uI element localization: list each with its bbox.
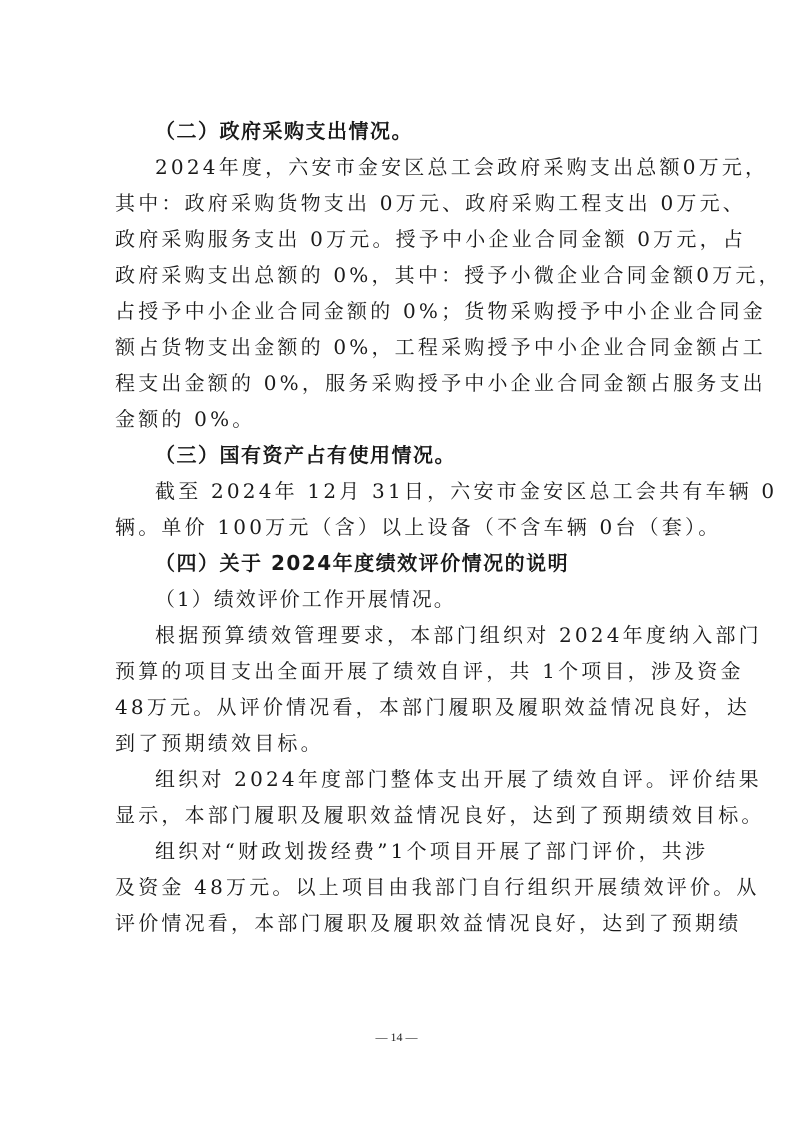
text-line: 辆。单价 100万元（含）以上设备（不含车辆 0台（套）。 <box>115 509 679 545</box>
text-line: 显示，本部门履职及履职效益情况良好，达到了预期绩效目标。 <box>115 797 679 833</box>
text-line: 占授予中小企业合同金额的 0%；货物采购授予中小企业合同金 <box>115 293 679 329</box>
text-line: 额占货物支出金额的 0%，工程采购授予中小企业合同金额占工 <box>115 329 679 365</box>
section-heading-gov-procurement: （二）政府采购支出情况。 <box>115 113 679 149</box>
text-line: 预算的项目支出全面开展了绩效自评，共 1个项目，涉及资金 <box>115 653 679 689</box>
document-page: （二）政府采购支出情况。 2024年度，六安市金安区总工会政府采购支出总额0万元… <box>115 113 679 941</box>
text-line: 2024年度，六安市金安区总工会政府采购支出总额0万元， <box>115 149 679 185</box>
section-heading-state-assets: （三）国有资产占有使用情况。 <box>115 437 679 473</box>
text-line: 截至 2024年 12月 31日，六安市金安区总工会共有车辆 0 <box>115 473 679 509</box>
section-heading-performance-evaluation: （四）关于 2024年度绩效评价情况的说明 <box>115 545 679 581</box>
paragraph-gov-procurement: 2024年度，六安市金安区总工会政府采购支出总额0万元， 其中：政府采购货物支出… <box>115 149 679 437</box>
paragraph-overall-evaluation: 组织对 2024年度部门整体支出开展了绩效自评。评价结果 显示，本部门履职及履职… <box>115 761 679 833</box>
text-line: 根据预算绩效管理要求，本部门组织对 2024年度纳入部门 <box>115 617 679 653</box>
text-line: 政府采购服务支出 0万元。授予中小企业合同金额 0万元，占 <box>115 221 679 257</box>
paragraph-project-evaluation: 根据预算绩效管理要求，本部门组织对 2024年度纳入部门 预算的项目支出全面开展… <box>115 617 679 761</box>
paragraph-department-evaluation: 组织对“财政划拨经费”1个项目开展了部门评价，共涉 及资金 48万元。以上项目由… <box>115 833 679 941</box>
text-line: 程支出金额的 0%，服务采购授予中小企业合同金额占服务支出 <box>115 365 679 401</box>
text-line: 评价情况看，本部门履职及履职效益情况良好，达到了预期绩 <box>115 905 679 941</box>
text-line: 组织对“财政划拨经费”1个项目开展了部门评价，共涉 <box>115 833 679 869</box>
text-line: 政府采购支出总额的 0%，其中：授予小微企业合同金额0万元， <box>115 257 679 293</box>
paragraph-state-assets: 截至 2024年 12月 31日，六安市金安区总工会共有车辆 0 辆。单价 10… <box>115 473 679 545</box>
text-line: 及资金 48万元。以上项目由我部门自行组织开展绩效评价。从 <box>115 869 679 905</box>
text-line: 金额的 0%。 <box>115 401 679 437</box>
text-line: 组织对 2024年度部门整体支出开展了绩效自评。评价结果 <box>115 761 679 797</box>
text-line: 48万元。从评价情况看，本部门履职及履职效益情况良好，达 <box>115 689 679 725</box>
subsection-heading: （1）绩效评价工作开展情况。 <box>115 581 679 617</box>
text-line: 其中：政府采购货物支出 0万元、政府采购工程支出 0万元、 <box>115 185 679 221</box>
page-number: — 14 — <box>0 1030 793 1045</box>
text-line: 到了预期绩效目标。 <box>115 725 679 761</box>
